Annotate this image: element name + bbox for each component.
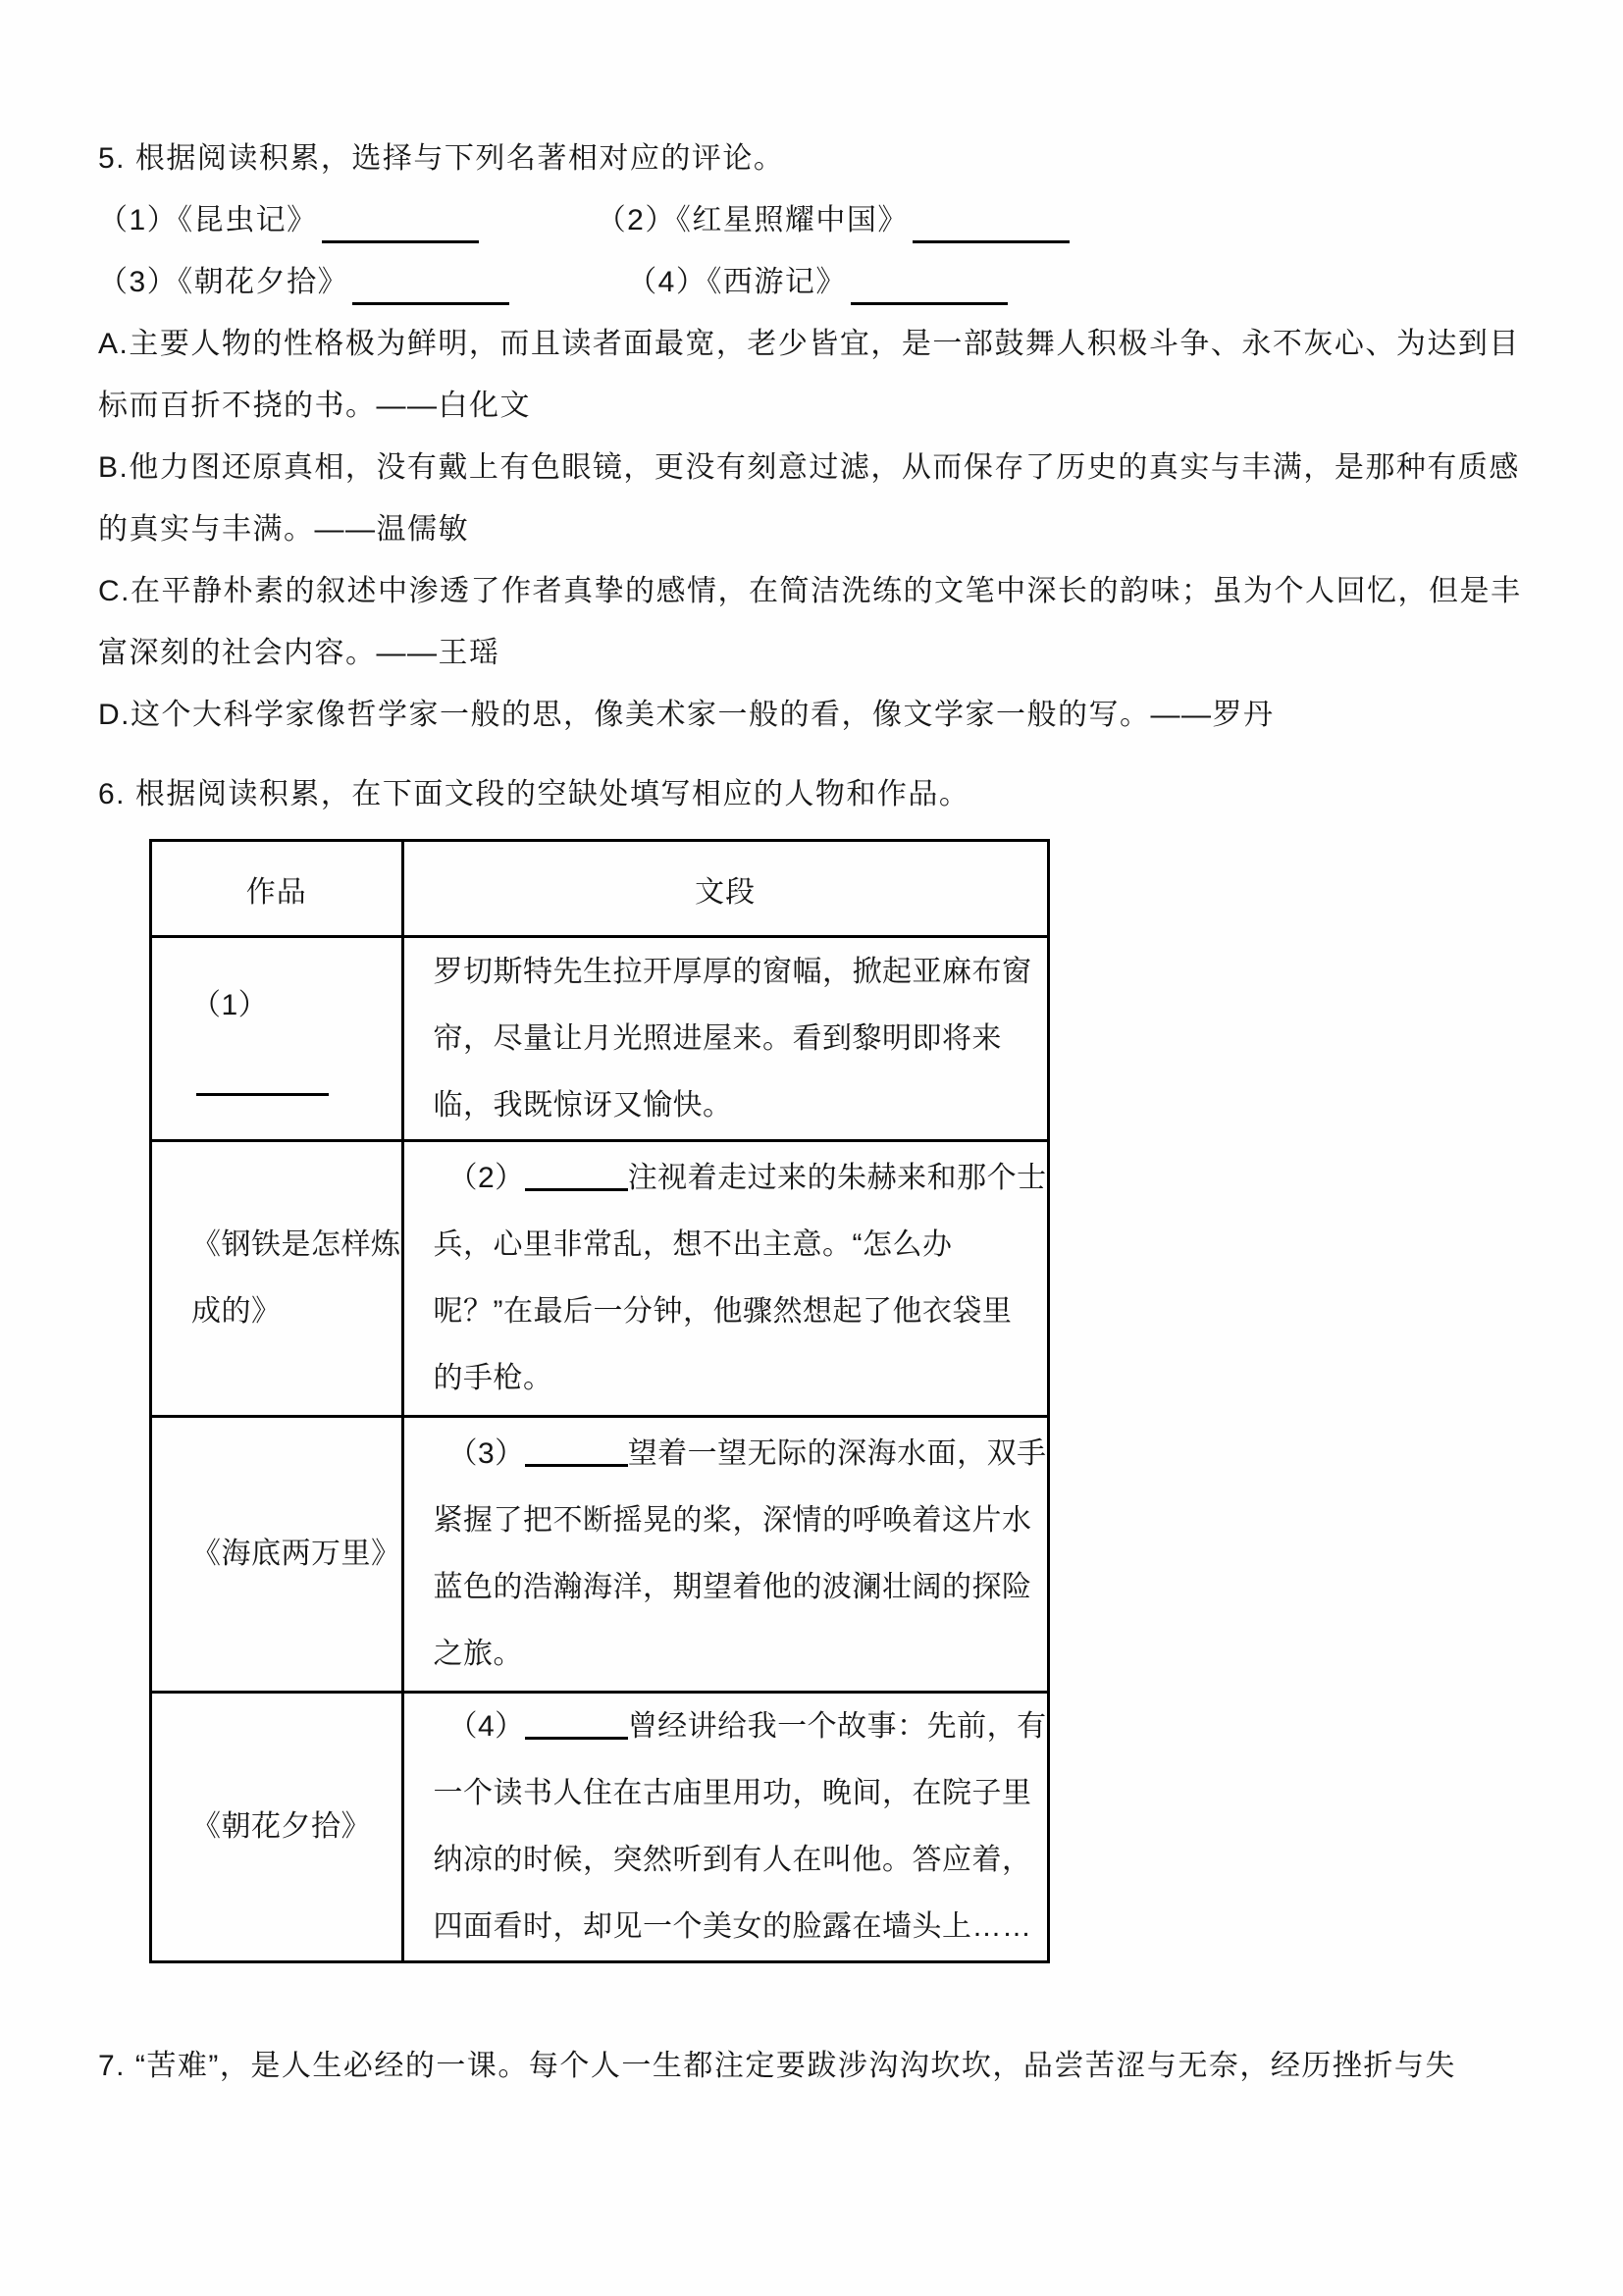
exam-document-page: 5. 根据阅读积累，选择与下列名著相对应的评论。 （1）《昆虫记》 （2）《红星… bbox=[0, 0, 1623, 2296]
option-line-c1: C.在平静朴素的叙述中渗透了作者真挚的感情，在简洁洗练的文笔中深长的韵味；虽为个… bbox=[98, 560, 1531, 622]
question-5-title: 5. 根据阅读积累，选择与下列名著相对应的评论。 bbox=[98, 128, 1531, 189]
passage-line: 紧握了把不断摇晃的桨，深情的呼唤着这片水 bbox=[404, 1487, 1047, 1554]
work-cell: 《海底两万里》 bbox=[151, 1417, 403, 1693]
passage-line: 兵，心里非常乱，想不出主意。“怎么办 bbox=[404, 1212, 1047, 1278]
question-6-table: 作品 文段 （1） 罗切斯特先生拉开厚厚的窗幅，掀起亚麻布窗 帘，尽量让月光照进… bbox=[149, 839, 1050, 1963]
answer-blank-underline bbox=[525, 1435, 628, 1467]
answer-blank-underline bbox=[525, 1159, 628, 1191]
fill-item: （1）《昆虫记》 bbox=[98, 189, 479, 251]
blank-prefix: （3） bbox=[448, 1437, 525, 1470]
answer-blank-underline bbox=[352, 269, 509, 305]
work-cell: （1） bbox=[151, 937, 403, 1141]
book-label: （2）《红星照耀中国》 bbox=[597, 189, 909, 251]
option-line-a1: A.主要人物的性格极为鲜明，而且读者面最宽，老少皆宜，是一部鼓舞人积极斗争、永不… bbox=[98, 313, 1531, 375]
question-7-title: 7. “苦难”，是人生必经的一课。每个人一生都注定要跋涉沟沟坎坎，品尝苦涩与无奈… bbox=[98, 2035, 1531, 2097]
blank-prefix: （2） bbox=[448, 1162, 525, 1194]
table-row: （1） 罗切斯特先生拉开厚厚的窗幅，掀起亚麻布窗 帘，尽量让月光照进屋来。看到黎… bbox=[151, 937, 1049, 1141]
fill-item: （3）《朝花夕拾》 bbox=[98, 251, 509, 313]
work-title-line: 《钢铁是怎样炼 bbox=[152, 1212, 401, 1278]
answer-blank-underline bbox=[851, 269, 1008, 305]
answer-blank-underline bbox=[525, 1707, 628, 1740]
option-line-d: D.这个大科学家像哲学家一般的思，像美术家一般的看，像文学家一般的写。——罗丹 bbox=[98, 684, 1531, 746]
work-cell: 《钢铁是怎样炼 成的》 bbox=[151, 1141, 403, 1417]
fill-item: （2）《红星照耀中国》 bbox=[597, 189, 1070, 251]
passage-line: 之旅。 bbox=[404, 1621, 1047, 1688]
header-cell-passage: 文段 bbox=[402, 841, 1048, 937]
passage-cell: （3）望着一望无际的深海水面，双手 紧握了把不断摇晃的桨，深情的呼唤着这片水 蓝… bbox=[402, 1417, 1048, 1693]
header-cell-work: 作品 bbox=[151, 841, 403, 937]
fill-item: （4）《西游记》 bbox=[627, 251, 1008, 313]
work-title-line: 成的》 bbox=[152, 1278, 401, 1345]
passage-line-with-blank: （2）注视着走过来的朱赫来和那个士 bbox=[404, 1145, 1047, 1212]
passage-line-with-blank: （3）望着一望无际的深海水面，双手 bbox=[404, 1421, 1047, 1487]
passage-cell: 罗切斯特先生拉开厚厚的窗幅，掀起亚麻布窗 帘，尽量让月光照进屋来。看到黎明即将来… bbox=[402, 937, 1048, 1141]
passage-line: 临，我既惊讶又愉快。 bbox=[404, 1072, 1047, 1139]
work-cell: 《朝花夕拾》 bbox=[151, 1693, 403, 1962]
passage-text: 望着一望无际的深海水面，双手 bbox=[628, 1437, 1047, 1470]
passage-cell: （4）曾经讲给我一个故事：先前，有 一个读书人住在古庙里用功，晚间，在院子里 纳… bbox=[402, 1693, 1048, 1962]
table-header-row: 作品 文段 bbox=[151, 841, 1049, 937]
blank-prefix: （4） bbox=[448, 1710, 525, 1743]
work-number-label: （1） bbox=[152, 972, 401, 1039]
passage-line: 罗切斯特先生拉开厚厚的窗幅，掀起亚麻布窗 bbox=[404, 939, 1047, 1006]
passage-line: 蓝色的浩瀚海洋，期望着他的波澜壮阔的探险 bbox=[404, 1554, 1047, 1621]
option-line-b2: 的真实与丰满。——温儒敏 bbox=[98, 498, 1531, 560]
table-row: 《海底两万里》 （3）望着一望无际的深海水面，双手 紧握了把不断摇晃的桨，深情的… bbox=[151, 1417, 1049, 1693]
passage-text: 注视着走过来的朱赫来和那个士 bbox=[628, 1162, 1047, 1194]
work-title-line: 《朝花夕拾》 bbox=[152, 1794, 401, 1860]
answer-blank-underline bbox=[913, 207, 1070, 243]
option-line-b1: B.他力图还原真相，没有戴上有色眼镜，更没有刻意过滤，从而保存了历史的真实与丰满… bbox=[98, 437, 1531, 498]
passage-line: 四面看时，却见一个美女的脸露在墙头上…… bbox=[404, 1894, 1047, 1960]
table-row: 《钢铁是怎样炼 成的》 （2）注视着走过来的朱赫来和那个士 兵，心里非常乱，想不… bbox=[151, 1141, 1049, 1417]
question-6-title: 6. 根据阅读积累，在下面文段的空缺处填写相应的人物和作品。 bbox=[98, 763, 1531, 825]
passage-line: 一个读书人住在古庙里用功，晚间，在院子里 bbox=[404, 1760, 1047, 1827]
answer-blank-underline bbox=[322, 207, 479, 243]
book-label: （1）《昆虫记》 bbox=[98, 189, 318, 251]
passage-cell: （2）注视着走过来的朱赫来和那个士 兵，心里非常乱，想不出主意。“怎么办 呢？”… bbox=[402, 1141, 1048, 1417]
book-label: （4）《西游记》 bbox=[627, 251, 847, 313]
passage-line: 帘，尽量让月光照进屋来。看到黎明即将来 bbox=[404, 1006, 1047, 1072]
book-label: （3）《朝花夕拾》 bbox=[98, 251, 348, 313]
passage-line-with-blank: （4）曾经讲给我一个故事：先前，有 bbox=[404, 1694, 1047, 1760]
passage-line: 的手枪。 bbox=[404, 1345, 1047, 1412]
passage-line: 纳凉的时候，突然听到有人在叫他。答应着， bbox=[404, 1827, 1047, 1894]
passage-line: 呢？”在最后一分钟，他骤然想起了他衣袋里 bbox=[404, 1278, 1047, 1345]
work-title-line: 《海底两万里》 bbox=[152, 1521, 401, 1588]
question-5-fill-row-2: （3）《朝花夕拾》 （4）《西游记》 bbox=[98, 251, 1531, 313]
option-line-c2: 富深刻的社会内容。——王瑶 bbox=[98, 622, 1531, 684]
passage-text: 曾经讲给我一个故事：先前，有 bbox=[628, 1710, 1047, 1743]
answer-blank-underline bbox=[196, 1093, 329, 1096]
document-content: 5. 根据阅读积累，选择与下列名著相对应的评论。 （1）《昆虫记》 （2）《红星… bbox=[98, 128, 1531, 2097]
table-row: 《朝花夕拾》 （4）曾经讲给我一个故事：先前，有 一个读书人住在古庙里用功，晚间… bbox=[151, 1693, 1049, 1962]
option-line-a2: 标而百折不挠的书。——白化文 bbox=[98, 375, 1531, 437]
question-5-fill-row-1: （1）《昆虫记》 （2）《红星照耀中国》 bbox=[98, 189, 1531, 251]
